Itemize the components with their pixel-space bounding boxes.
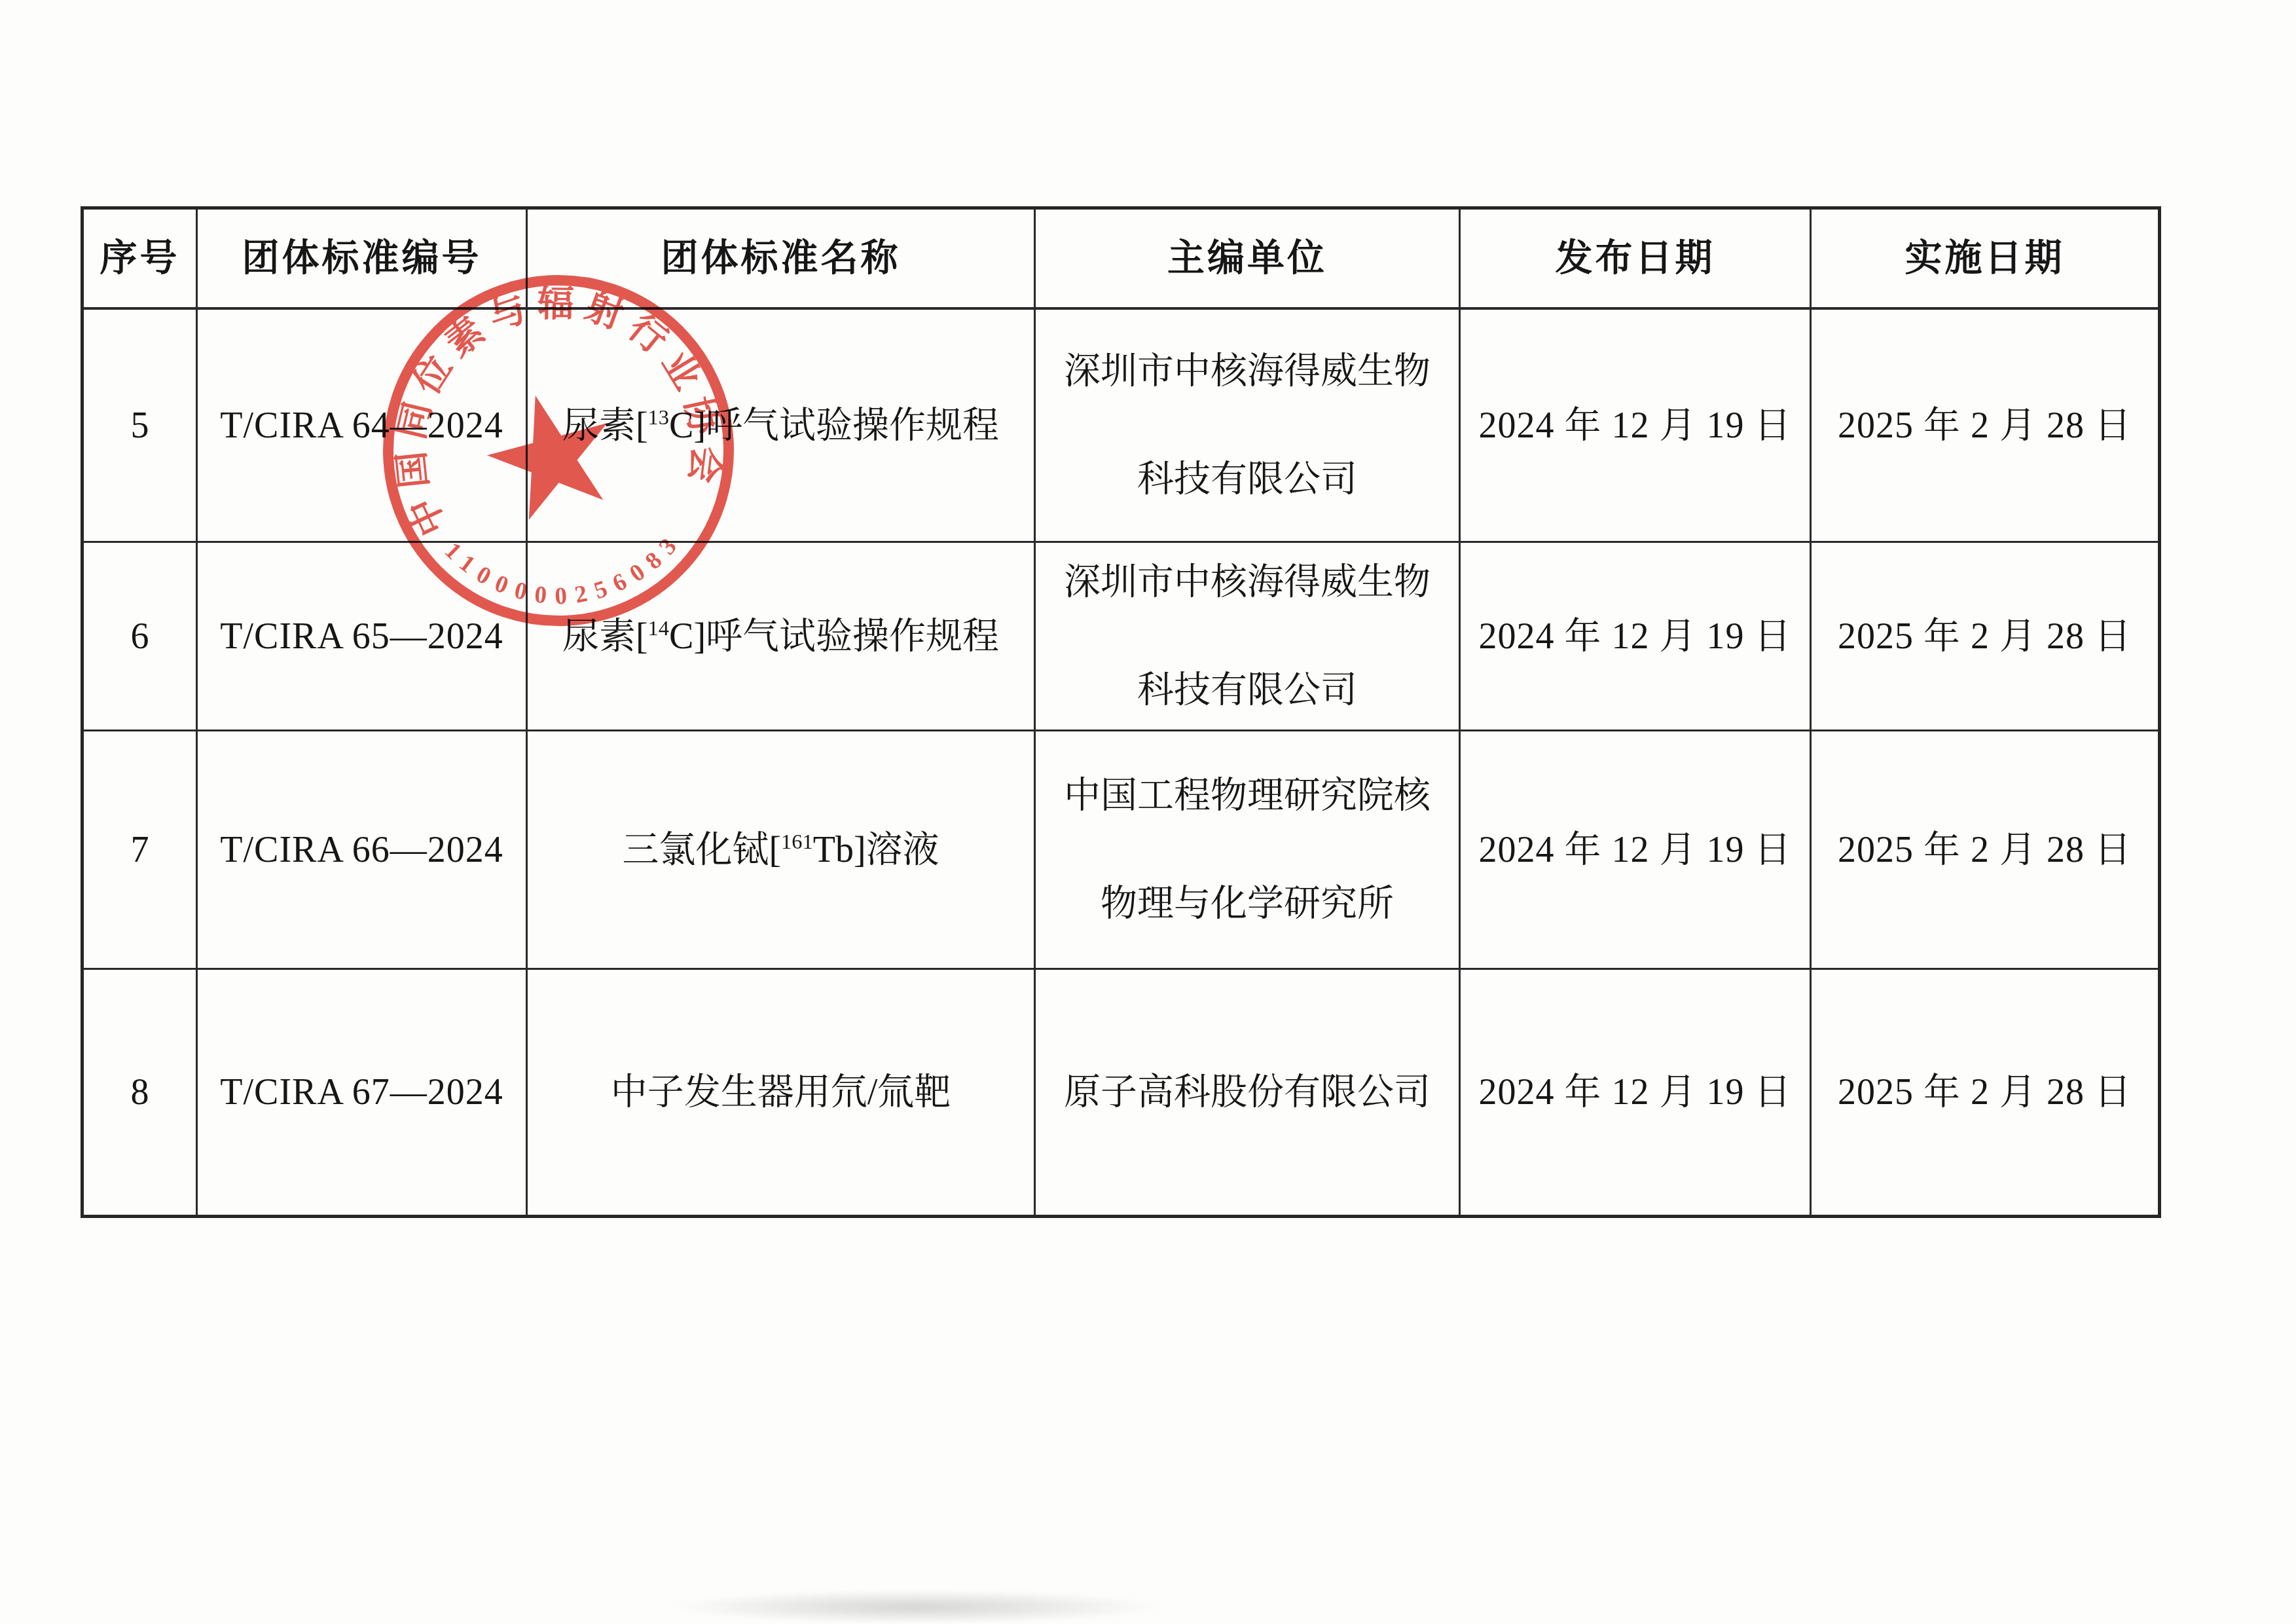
row-number-cell: 8 [84,970,198,1215]
editor-line: 中国工程物理研究院核 [1064,742,1430,850]
standard-name-cell: 中子发生器用氘/氚靶 [528,970,1036,1215]
header-chief-editor-unit: 主编单位 [1036,210,1461,310]
publish-date-cell: 2024 年 12 月 19 日 [1461,310,1812,543]
editor-line: 深圳市中核海得威生物 [1064,528,1430,637]
standard-name-text: 中子发生器用氘/氚靶 [611,1069,951,1115]
editor-line: 科技有限公司 [1137,637,1357,745]
editor-line: 原子高科股份有限公司 [1064,1039,1430,1147]
seal-org-text: 中国同位素与辐射行业协会 [383,274,731,543]
header-serial-number: 序号 [84,210,198,310]
implement-date-cell: 2025 年 2 月 28 日 [1812,970,2158,1215]
chief-editor-cell: 原子高科股份有限公司 [1036,970,1461,1215]
implement-date-cell: 2025 年 2 月 28 日 [1812,543,2158,731]
header-implement-date: 实施日期 [1812,210,2158,310]
editor-line: 物理与化学研究所 [1101,850,1394,958]
organization-seal-stamp: 中国同位素与辐射行业协会 1100000256083 [362,255,755,648]
standard-name-text: 三氯化铽[161Tb]溶液 [622,827,939,873]
editor-line: 科技有限公司 [1137,426,1357,534]
seal-star-icon [475,379,627,526]
editor-line: 深圳市中核海得威生物 [1064,318,1430,426]
publish-date-cell: 2024 年 12 月 19 日 [1461,731,1812,970]
row-number-cell: 7 [84,731,198,970]
publish-date-cell: 2024 年 12 月 19 日 [1461,543,1812,731]
chief-editor-cell: 深圳市中核海得威生物 科技有限公司 [1036,543,1461,731]
scan-smudge [668,1590,1165,1624]
standard-code-cell: T/CIRA 67—2024 [198,970,528,1215]
row-number-cell: 6 [84,543,198,731]
chief-editor-cell: 深圳市中核海得威生物 科技有限公司 [1036,310,1461,543]
chief-editor-cell: 中国工程物理研究院核 物理与化学研究所 [1036,731,1461,970]
row-number-cell: 5 [84,310,198,543]
standard-code-cell: T/CIRA 66—2024 [198,731,528,970]
standard-name-cell: 三氯化铽[161Tb]溶液 [528,731,1036,970]
implement-date-cell: 2025 年 2 月 28 日 [1812,310,2158,543]
implement-date-cell: 2025 年 2 月 28 日 [1812,731,2158,970]
publish-date-cell: 2024 年 12 月 19 日 [1461,970,1812,1215]
header-publish-date: 发布日期 [1461,210,1812,310]
